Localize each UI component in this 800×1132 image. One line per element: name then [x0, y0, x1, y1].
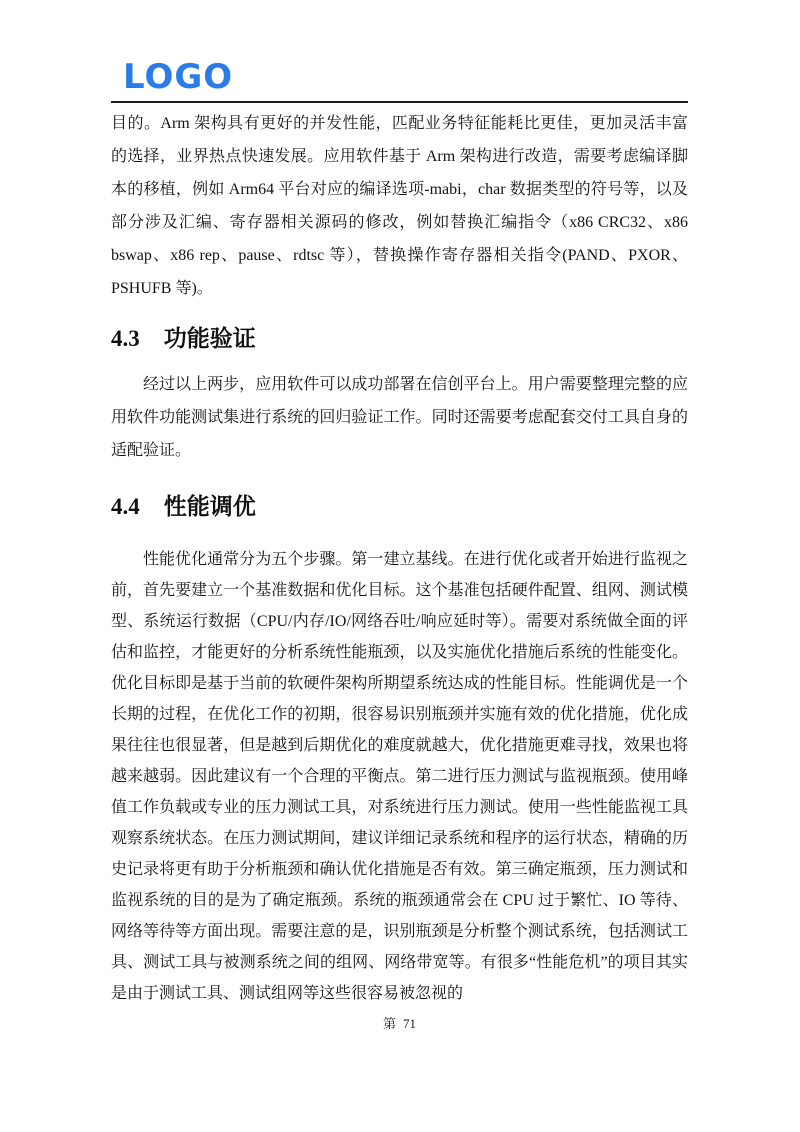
- section-number: 4.3: [111, 326, 140, 351]
- section-number: 4.4: [111, 494, 140, 519]
- section-title: 性能调优: [164, 493, 256, 519]
- section-4-4-paragraph: 性能优化通常分为五个步骤。第一建立基线。在进行优化或者开始进行监视之前，首先要建…: [111, 544, 688, 1009]
- logo-text: LOGO: [123, 57, 688, 97]
- section-4-3-paragraph: 经过以上两步，应用软件可以成功部署在信创平台上。用户需要整理完整的应用软件功能测…: [111, 368, 688, 467]
- section-heading-4-3: 4.3功能验证: [111, 321, 688, 356]
- section-title: 功能验证: [164, 325, 256, 351]
- intro-paragraph: 目的。Arm 架构具有更好的并发性能，匹配业务特征能耗比更佳，更加灵活丰富的选择…: [111, 107, 688, 305]
- page-footer: 第71: [111, 1015, 688, 1033]
- section-heading-4-4: 4.4性能调优: [111, 489, 688, 524]
- page-number-label: 第: [383, 1016, 396, 1031]
- page-header: LOGO: [111, 57, 688, 103]
- document-page: LOGO 目的。Arm 架构具有更好的并发性能，匹配业务特征能耗比更佳，更加灵活…: [0, 0, 800, 1132]
- page-number: 71: [403, 1016, 416, 1031]
- page-body: 目的。Arm 架构具有更好的并发性能，匹配业务特征能耗比更佳，更加灵活丰富的选择…: [111, 107, 688, 1009]
